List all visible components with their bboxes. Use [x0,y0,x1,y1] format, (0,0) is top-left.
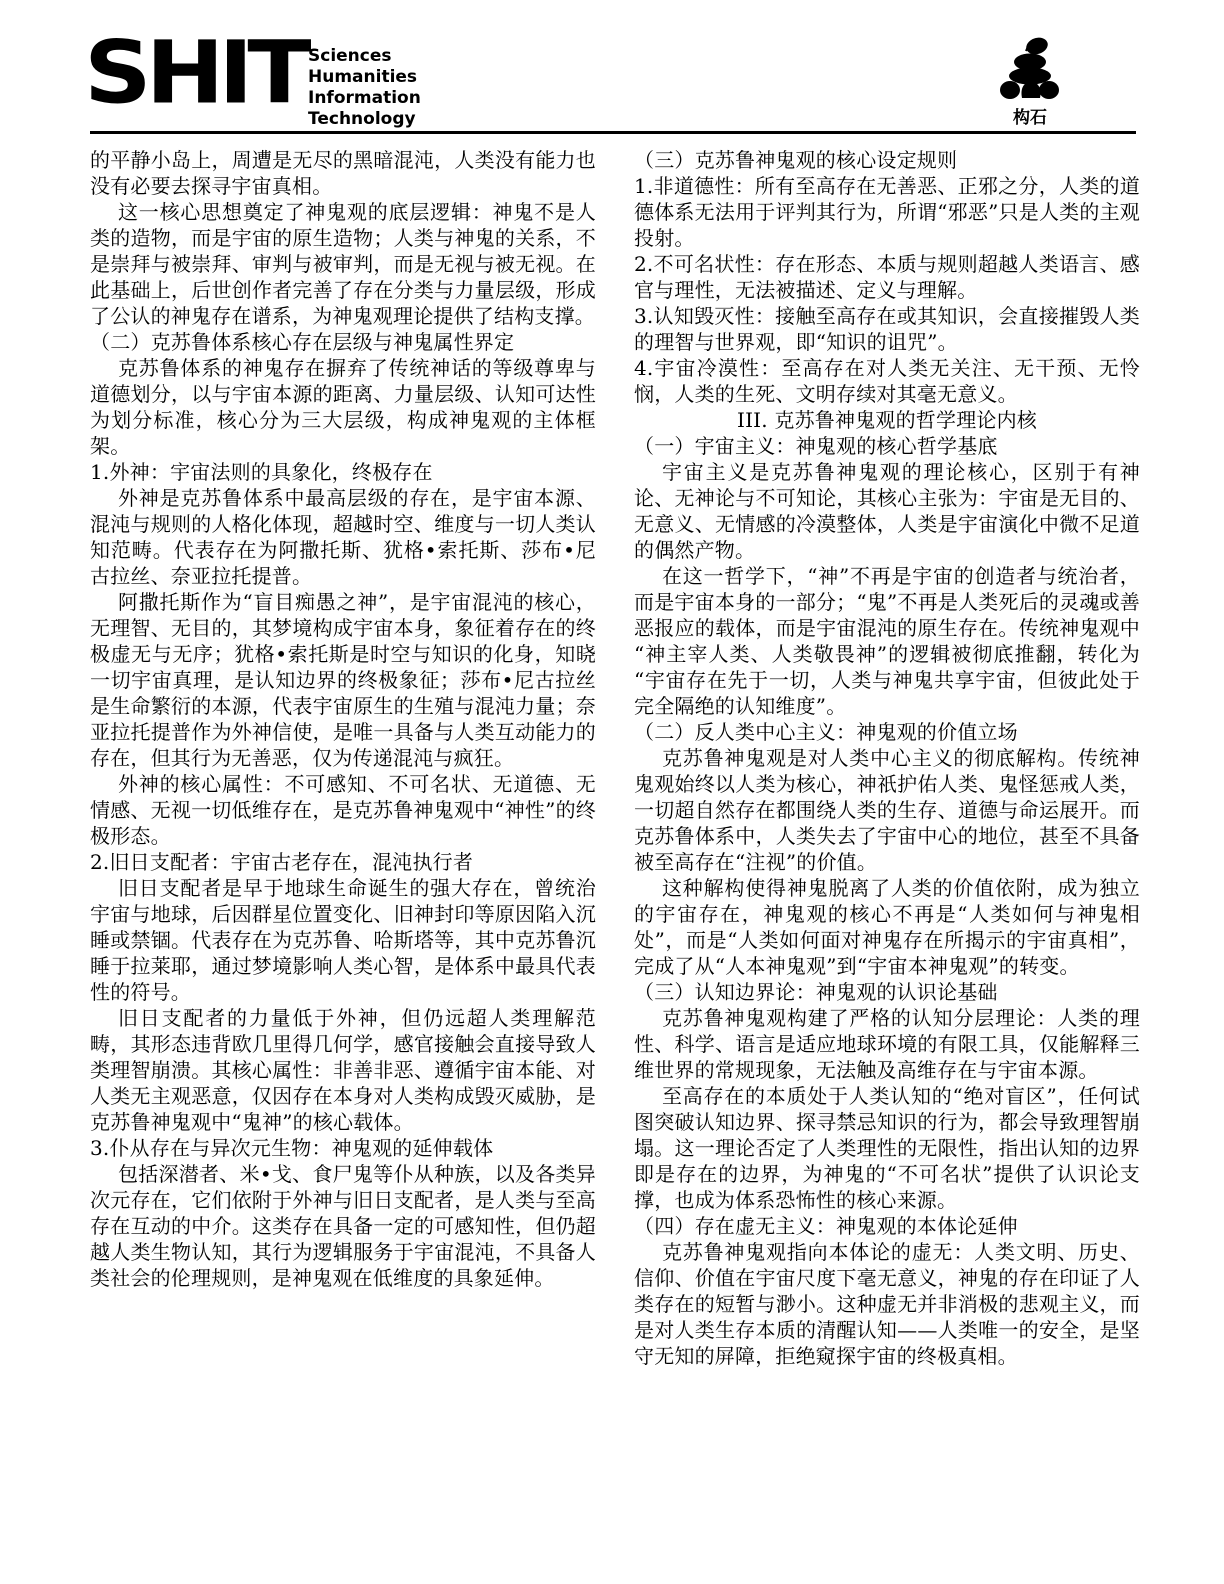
tagline-line: Technology [308,109,421,130]
journal-tagline: Sciences Humanities Information Technolo… [308,46,421,130]
section-heading: （二）克苏鲁体系核心存在层级与神鬼属性界定 [90,329,596,355]
stone-cairn-icon [990,36,1070,108]
paragraph: 克苏鲁神鬼观是对人类中心主义的彻底解构。传统神鬼观始终以人类为核心，神祇护佑人类… [634,745,1140,875]
paragraph: 这种解构使得神鬼脱离了人类的价值依附，成为独立的宇宙存在，神鬼观的核心不再是“人… [634,875,1140,979]
journal-page: SHIT Sciences Humanities Information Tec… [0,0,1224,1584]
paragraph: 阿撒托斯作为“盲目痴愚之神”，是宇宙混沌的核心，无理智、无目的，其梦境构成宇宙本… [90,589,596,771]
paragraph: 外神是克苏鲁体系中最高层级的存在，是宇宙本源、混沌与规则的人格化体现，超越时空、… [90,485,596,589]
numbered-item: 1.非道德性：所有至高存在无善恶、正邪之分，人类的道德体系无法用于评判其行为，所… [634,173,1140,251]
section-heading: （三）克苏鲁神鬼观的核心设定规则 [634,147,1140,173]
column-right: （三）克苏鲁神鬼观的核心设定规则1.非道德性：所有至高存在无善恶、正邪之分，人类… [634,147,1140,1369]
paragraph: 外神的核心属性：不可感知、不可名状、无道德、无情感、无视一切低维存在，是克苏鲁神… [90,771,596,849]
subsection-heading: 3.仆从存在与异次元生物：神鬼观的延伸载体 [90,1135,596,1161]
page-header: SHIT Sciences Humanities Information Tec… [90,38,1136,134]
journal-logo-text: SHIT [84,28,305,120]
paragraph: 宇宙主义是克苏鲁神鬼观的理论核心，区别于有神论、无神论与不可知论，其核心主张为：… [634,459,1140,563]
header-divider [90,131,1136,134]
paragraph: 克苏鲁神鬼观指向本体论的虚无：人类文明、历史、信仰、价值在宇宙尺度下毫无意义，神… [634,1239,1140,1369]
tagline-line: Humanities [308,67,421,88]
paragraph: 旧日支配者是早于地球生命诞生的强大存在，曾统治宇宙与地球，后因群星位置变化、旧神… [90,875,596,1005]
paragraph-continued: 的平静小岛上，周遭是无尽的黑暗混沌，人类没有能力也没有必要去探寻宇宙真相。 [90,147,596,199]
chapter-heading: III. 克苏鲁神鬼观的哲学理论内核 [634,407,1140,433]
subsection-heading: 2.旧日支配者：宇宙古老存在，混沌执行者 [90,849,596,875]
paragraph: 在这一哲学下，“神”不再是宇宙的创造者与统治者，而是宇宙本身的一部分；“鬼”不再… [634,563,1140,719]
numbered-item: 2.不可名状性：存在形态、本质与规则超越人类语言、感官与理性，无法被描述、定义与… [634,251,1140,303]
publisher-mark: 构石 [990,36,1070,127]
paragraph: 包括深潜者、米•戈、食尸鬼等仆从种族，以及各类异次元存在，它们依附于外神与旧日支… [90,1161,596,1291]
tagline-line: Sciences [308,46,421,67]
section-heading: （一）宇宙主义：神鬼观的核心哲学基底 [634,433,1140,459]
section-heading: （二）反人类中心主义：神鬼观的价值立场 [634,719,1140,745]
section-heading: （三）认知边界论：神鬼观的认识论基础 [634,979,1140,1005]
numbered-item: 4.宇宙冷漠性：至高存在对人类无关注、无干预、无怜悯，人类的生死、文明存续对其毫… [634,355,1140,407]
paragraph: 旧日支配者的力量低于外神，但仍远超人类理解范畴，其形态违背欧几里得几何学，感官接… [90,1005,596,1135]
numbered-item: 3.认知毁灭性：接触至高存在或其知识，会直接摧毁人类的理智与世界观，即“知识的诅… [634,303,1140,355]
article-body: 的平静小岛上，周遭是无尽的黑暗混沌，人类没有能力也没有必要去探寻宇宙真相。这一核… [90,147,1140,1369]
subsection-heading: 1.外神：宇宙法则的具象化，终极存在 [90,459,596,485]
publisher-name: 构石 [990,109,1070,127]
tagline-line: Information [308,88,421,109]
column-left: 的平静小岛上，周遭是无尽的黑暗混沌，人类没有能力也没有必要去探寻宇宙真相。这一核… [90,147,596,1369]
paragraph: 克苏鲁神鬼观构建了严格的认知分层理论：人类的理性、科学、语言是适应地球环境的有限… [634,1005,1140,1083]
paragraph: 至高存在的本质处于人类认知的“绝对盲区”，任何试图突破认知边界、探寻禁忌知识的行… [634,1083,1140,1213]
paragraph: 这一核心思想奠定了神鬼观的底层逻辑：神鬼不是人类的造物，而是宇宙的原生造物；人类… [90,199,596,329]
section-heading: （四）存在虚无主义：神鬼观的本体论延伸 [634,1213,1140,1239]
paragraph: 克苏鲁体系的神鬼存在摒弃了传统神话的等级尊卑与道德划分，以与宇宙本源的距离、力量… [90,355,596,459]
